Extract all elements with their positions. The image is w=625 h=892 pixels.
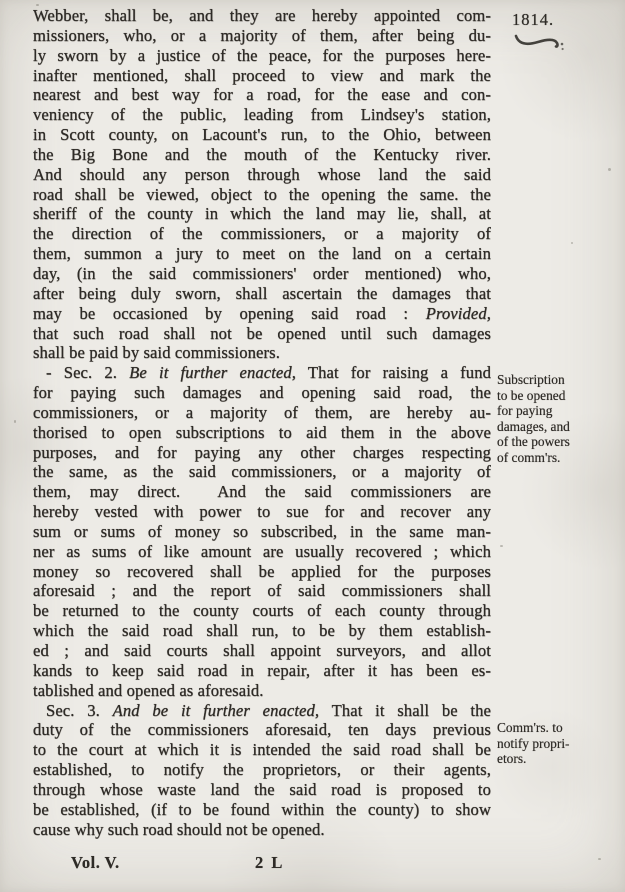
- text-segment: road shall be viewed, object to the open…: [33, 185, 491, 204]
- text-line: be returned to the county courts of each…: [33, 601, 491, 621]
- text-line: the direction of the commissioners, or a…: [33, 224, 491, 244]
- text-segment: - Sec. 2.: [46, 363, 129, 382]
- volume-label: Vol. V.: [71, 853, 120, 873]
- text-segment: be returned to the county courts of each…: [33, 601, 491, 620]
- text-segment: nearest and best way for a road, for the…: [33, 85, 491, 104]
- text-segment: shall be paid by said commissioners.: [33, 343, 280, 362]
- text-line: Webber, shall be, and they are hereby ap…: [33, 6, 491, 26]
- text-line: for paying such damages and opening said…: [33, 383, 491, 403]
- text-segment: them, summon a jury to meet on the land …: [33, 244, 491, 263]
- text-line: through whose waste land the said road i…: [33, 780, 491, 800]
- text-segment: after being duly sworn, shall ascertain …: [33, 284, 491, 303]
- text-segment: sum or sums of money so subscribed, in t…: [33, 522, 491, 541]
- text-line: established, to notify the proprietors, …: [33, 760, 491, 780]
- text-segment: That for raising a fund: [296, 363, 491, 382]
- text-line: commissioners, or a majority of them, ar…: [33, 403, 491, 423]
- text-line: ly sworn by a justice of the peace, for …: [33, 46, 491, 66]
- text-line: purposes, and for paying any other charg…: [33, 443, 491, 463]
- text-segment: money so recovered shall be applied for …: [33, 562, 491, 581]
- text-segment: kands to keep said road in repair, after…: [33, 661, 491, 680]
- text-segment: them, may direct. And the said commissio…: [33, 482, 491, 501]
- text-line: to the court at which it is intended the…: [33, 740, 491, 760]
- margin-note-line: notify propri-: [497, 736, 623, 752]
- italic-text-segment: Provided,: [426, 304, 491, 323]
- text-line: ed ; and said courts shall appoint surve…: [33, 641, 491, 661]
- text-segment: that such road shall not be opened until…: [33, 324, 491, 343]
- text-line: may be occasioned by opening said road :…: [33, 304, 491, 324]
- text-segment: And should any person through whose land…: [33, 165, 491, 184]
- text-segment: hereby vested with power to sue for and …: [33, 502, 491, 521]
- text-segment: veniency of the public, leading from Lin…: [33, 105, 491, 124]
- text-segment: through whose waste land the said road i…: [33, 780, 491, 799]
- margin-note-line: for paying: [497, 403, 623, 419]
- margin-note: Subscriptionto be openedfor payingdamage…: [497, 372, 623, 466]
- paper-speck: [571, 242, 573, 244]
- text-line: hereby vested with power to sue for and …: [33, 502, 491, 522]
- text-segment: sheriff of the county in which the land …: [33, 204, 491, 223]
- margin-note-line: Subscription: [497, 372, 623, 388]
- text-segment: commissioners, or a majority of them, ar…: [33, 403, 491, 422]
- text-line: Sec. 3. And be it further enacted, That …: [33, 701, 491, 721]
- text-line: sheriff of the county in which the land …: [33, 204, 491, 224]
- text-line: the same, as the said commissioners, or …: [33, 462, 491, 482]
- text-segment: which the said road shall run, to be by …: [33, 621, 491, 640]
- text-segment: may be occasioned by opening said road :: [33, 304, 426, 323]
- text-segment: missioners, who, or a majority of them, …: [33, 26, 491, 45]
- text-segment: day, (in the said commissioners' order m…: [33, 264, 491, 283]
- text-segment: Sec. 3.: [46, 701, 113, 720]
- text-line: in Scott county, on Lacount's run, to th…: [33, 125, 491, 145]
- paper-speck: [500, 545, 503, 547]
- text-line: them, summon a jury to meet on the land …: [33, 244, 491, 264]
- italic-text-segment: Be it further enacted,: [129, 363, 296, 382]
- text-line: day, (in the said commissioners' order m…: [33, 264, 491, 284]
- body-text-column: Webber, shall be, and they are hereby ap…: [33, 6, 491, 839]
- text-line: money so recovered shall be applied for …: [33, 562, 491, 582]
- text-line: - Sec. 2. Be it further enacted, That fo…: [33, 363, 491, 383]
- text-line: sum or sums of money so subscribed, in t…: [33, 522, 491, 542]
- text-segment: ed ; and said courts shall appoint surve…: [33, 641, 491, 660]
- text-line: nearest and best way for a road, for the…: [33, 85, 491, 105]
- text-segment: the direction of the commissioners, or a…: [33, 224, 491, 243]
- margin-note: Comm'rs. tonotify propri-etors.: [497, 720, 623, 767]
- text-line: thorised to open subscriptions to aid th…: [33, 423, 491, 443]
- text-line: that such road shall not be opened until…: [33, 324, 491, 344]
- text-segment: That it shall be the: [319, 701, 491, 720]
- scanned-statute-page: Webber, shall be, and they are hereby ap…: [0, 0, 625, 892]
- text-line: them, may direct. And the said commissio…: [33, 482, 491, 502]
- text-line: be established, (if to be found within t…: [33, 800, 491, 820]
- text-line: shall be paid by said commissioners.: [33, 343, 491, 363]
- paper-speck: [608, 168, 611, 171]
- margin-note-line: of comm'rs.: [497, 450, 623, 466]
- text-line: And should any person through whose land…: [33, 165, 491, 185]
- text-segment: cause why such road should not be opened…: [33, 820, 325, 839]
- margin-notes-column: Subscriptionto be openedfor payingdamage…: [497, 0, 623, 892]
- italic-text-segment: And be it further enacted,: [113, 701, 320, 720]
- paper-speck: [14, 420, 16, 423]
- text-segment: aforesaid ; and the report of said commi…: [33, 581, 491, 600]
- text-line: road shall be viewed, object to the open…: [33, 185, 491, 205]
- text-segment: duty of the commissioners aforesaid, ten…: [33, 720, 491, 739]
- text-segment: ner as sums of like amount are usually r…: [33, 542, 491, 561]
- text-segment: for paying such damages and opening said…: [33, 383, 491, 402]
- text-segment: in Scott county, on Lacount's run, to th…: [33, 125, 491, 144]
- text-segment: inafter mentioned, shall proceed to view…: [33, 66, 491, 85]
- text-line: kands to keep said road in repair, after…: [33, 661, 491, 681]
- text-segment: be established, (if to be found within t…: [33, 800, 491, 819]
- text-line: cause why such road should not be opened…: [33, 820, 491, 840]
- text-line: tablished and opened as aforesaid.: [33, 681, 491, 701]
- text-line: the Big Bone and the mouth of the Kentuc…: [33, 145, 491, 165]
- text-line: aforesaid ; and the report of said commi…: [33, 581, 491, 601]
- text-line: missioners, who, or a majority of them, …: [33, 26, 491, 46]
- text-segment: purposes, and for paying any other charg…: [33, 443, 491, 462]
- text-line: after being duly sworn, shall ascertain …: [33, 284, 491, 304]
- text-segment: Webber, shall be, and they are hereby ap…: [33, 6, 491, 25]
- margin-note-line: damages, and: [497, 419, 623, 435]
- text-line: duty of the commissioners aforesaid, ten…: [33, 720, 491, 740]
- margin-note-line: Comm'rs. to: [497, 720, 623, 736]
- margin-note-line: etors.: [497, 751, 623, 767]
- text-line: inafter mentioned, shall proceed to view…: [33, 66, 491, 86]
- text-line: veniency of the public, leading from Lin…: [33, 105, 491, 125]
- paper-speck: [598, 858, 601, 860]
- text-line: ner as sums of like amount are usually r…: [33, 542, 491, 562]
- text-line: which the said road shall run, to be by …: [33, 621, 491, 641]
- text-segment: the Big Bone and the mouth of the Kentuc…: [33, 145, 491, 164]
- text-segment: the same, as the said commissioners, or …: [33, 462, 491, 481]
- margin-note-line: of the powers: [497, 434, 623, 450]
- paper-speck: [36, 4, 39, 6]
- signature-mark-label: 2 L: [255, 853, 284, 873]
- margin-note-line: to be opened: [497, 388, 623, 404]
- page-footer: Vol. V. 2 L: [33, 853, 491, 879]
- text-segment: established, to notify the proprietors, …: [33, 760, 491, 779]
- text-segment: to the court at which it is intended the…: [33, 740, 491, 759]
- text-segment: thorised to open subscriptions to aid th…: [33, 423, 491, 442]
- text-segment: tablished and opened as aforesaid.: [33, 681, 264, 700]
- text-segment: ly sworn by a justice of the peace, for …: [33, 46, 491, 65]
